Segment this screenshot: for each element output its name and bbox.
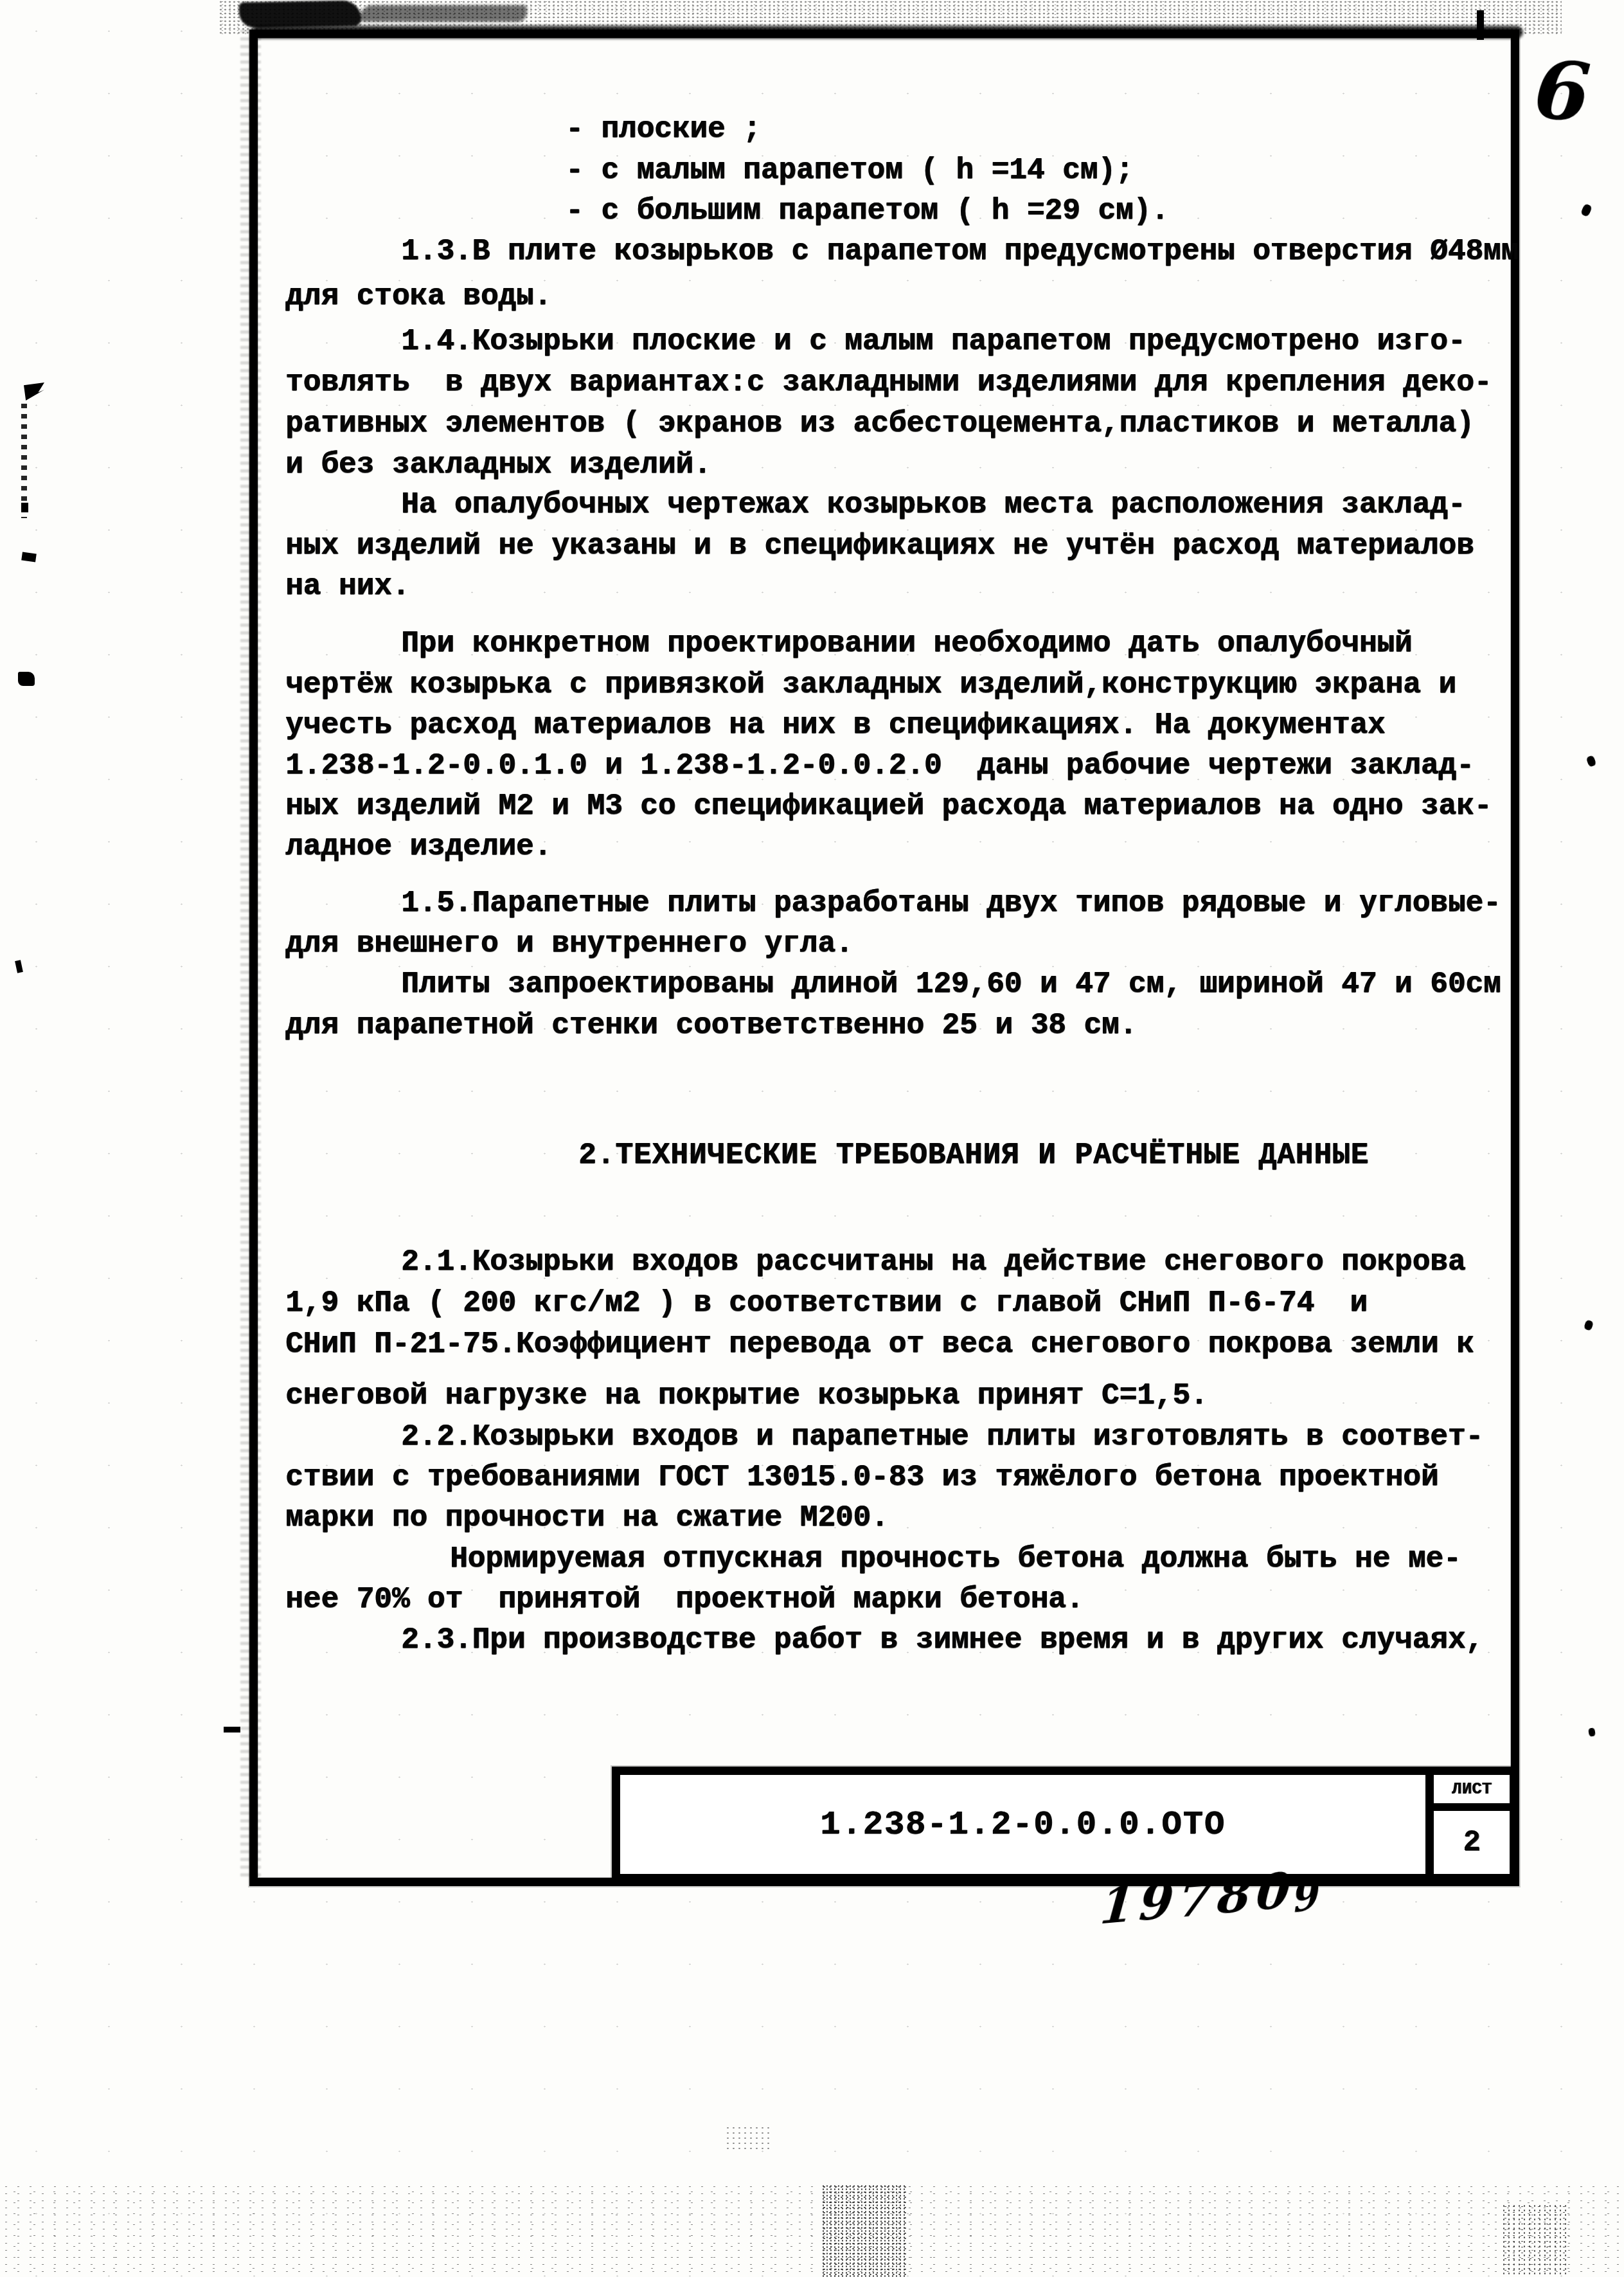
text-line: ных изделий М2 и М3 со спецификацией рас… [285, 790, 1492, 822]
sheet-label: ЛИСТ [1434, 1775, 1510, 1811]
left-margin-speck [21, 503, 28, 512]
text-line: снеговой нагрузке на покрытие козырька п… [285, 1380, 1208, 1412]
text-line: На опалубочных чертежах козырьков места … [401, 489, 1465, 521]
top-border-scan-roughness [252, 26, 1523, 39]
text-line: учесть расход материалов на них в специф… [285, 709, 1385, 741]
text-line: и без закладных изделий. [285, 449, 711, 481]
text-line: Нормируемая отпускная прочность бетона д… [450, 1543, 1461, 1575]
text-line: - плоские ; [566, 113, 761, 145]
right-margin-speck [1584, 1320, 1594, 1331]
text-line: ных изделий не указаны и в спецификациях… [285, 530, 1474, 562]
scanned-document-page: { "colors": { "ink": "#060606", "paper":… [0, 0, 1624, 2277]
title-block-sheet-cell: ЛИСТ 2 [1425, 1775, 1510, 1874]
text-line: 2.1.Козырьки входов рассчитаны на действ… [401, 1246, 1465, 1278]
text-line: для внешнего и внутреннего угла. [285, 928, 853, 960]
text-line: 1,9 кПа ( 200 кгс/м2 ) в соответствии с … [285, 1287, 1368, 1319]
section-heading: 2.ТЕХНИЧЕСКИЕ ТРЕБОВАНИЯ И РАСЧЁТНЫЕ ДАН… [578, 1139, 1369, 1171]
text-line: 2.3.При производстве работ в зимнее врем… [401, 1624, 1483, 1656]
right-margin-speck [1588, 1727, 1596, 1736]
text-line: ствии с требованиями ГОСТ 13015.0-83 из … [285, 1461, 1438, 1493]
text-line: Плиты запроектированы длиной 129,60 и 47… [401, 968, 1501, 1000]
text-line: 1.238-1.2-0.0.1.0 и 1.238-1.2-0.0.2.0 да… [285, 750, 1474, 782]
bottom-scan-noise-band [0, 2183, 1624, 2277]
text-line: чертёж козырька с привязкой закладных из… [285, 669, 1456, 701]
bottom-noise-cluster [1501, 2204, 1569, 2276]
text-line: 1.4.Козырьки плоские и с малым парапетом… [401, 325, 1465, 357]
right-margin-speck [1586, 755, 1597, 767]
document-code: 1.238-1.2-0.0.0.ОТО [820, 1806, 1226, 1844]
handwritten-bottom-mark: 9 [1292, 1868, 1321, 1923]
left-margin-blob [24, 382, 44, 401]
text-line: марки по прочности на сжатие М200. [285, 1502, 889, 1534]
text-line: ративных элементов ( экранов из асбестоц… [285, 408, 1474, 440]
text-line: - с малым парапетом ( h =14 см); [566, 154, 1133, 186]
top-left-stamp-smudge [239, 0, 362, 28]
title-block-main-cell: 1.238-1.2-0.0.0.ОТО [620, 1775, 1425, 1874]
top-right-tick-mark [1477, 10, 1484, 40]
scan-noise-wisp [725, 2125, 770, 2152]
top-smudge-streak [360, 5, 527, 22]
text-line: для парапетной стенки соответственно 25 … [285, 1009, 1137, 1041]
right-margin-speck [1580, 203, 1593, 217]
bottom-noise-cluster [821, 2184, 907, 2277]
title-block: 1.238-1.2-0.0.0.ОТО ЛИСТ 2 [612, 1767, 1518, 1882]
handwritten-page-number: 6 [1531, 43, 1593, 140]
left-margin-speck [21, 552, 37, 562]
text-line: 1.3.В плите козырьков с парапетом предус… [401, 235, 1519, 267]
text-line: для стока воды. [285, 280, 551, 312]
text-line: 2.2.Козырьки входов и парапетные плиты и… [401, 1421, 1483, 1453]
left-margin-speck [15, 960, 23, 973]
text-line: нее 70% от принятой проектной марки бето… [285, 1583, 1084, 1616]
left-margin-dotted-streak [21, 404, 27, 518]
text-line: - с большим парапетом ( h =29 см). [566, 195, 1169, 227]
left-margin-dash [224, 1727, 240, 1733]
sheet-number: 2 [1434, 1811, 1510, 1874]
text-line: 1.5.Парапетные плиты разработаны двух ти… [401, 887, 1501, 919]
text-line: СНиП П-21-75.Коэффициент перевода от вес… [285, 1328, 1474, 1360]
text-line: ладное изделие. [285, 831, 551, 863]
text-line: товлять в двух вариантах:с закладными из… [285, 366, 1492, 399]
text-line: на них. [285, 570, 409, 602]
left-border-scan-roughness [240, 30, 261, 1881]
text-line: При конкретном проектировании необходимо… [401, 627, 1412, 660]
left-margin-blob [18, 672, 35, 686]
